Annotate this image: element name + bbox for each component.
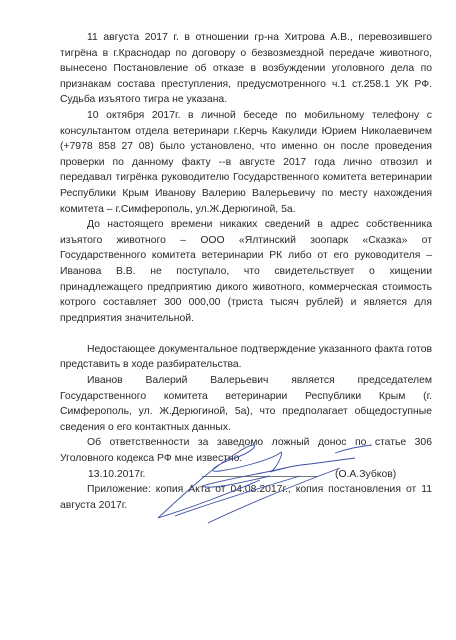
spacer	[60, 326, 432, 342]
handwritten-signature-icon	[150, 438, 380, 538]
signature-date: 13.10.2017г.	[88, 469, 145, 480]
paragraph-no-information: До настоящего времени никаких сведений в…	[60, 217, 432, 326]
paragraph-chairman: Иванов Валерий Валерьевич является предс…	[60, 373, 432, 435]
paragraph-decision: 11 августа 2017 г. в отношении гр-на Хит…	[60, 30, 432, 108]
paragraph-evidence: Недостающее документальное подтверждение…	[60, 342, 432, 373]
paragraph-conversation: 10 октября 2017г. в личной беседе по моб…	[60, 108, 432, 217]
